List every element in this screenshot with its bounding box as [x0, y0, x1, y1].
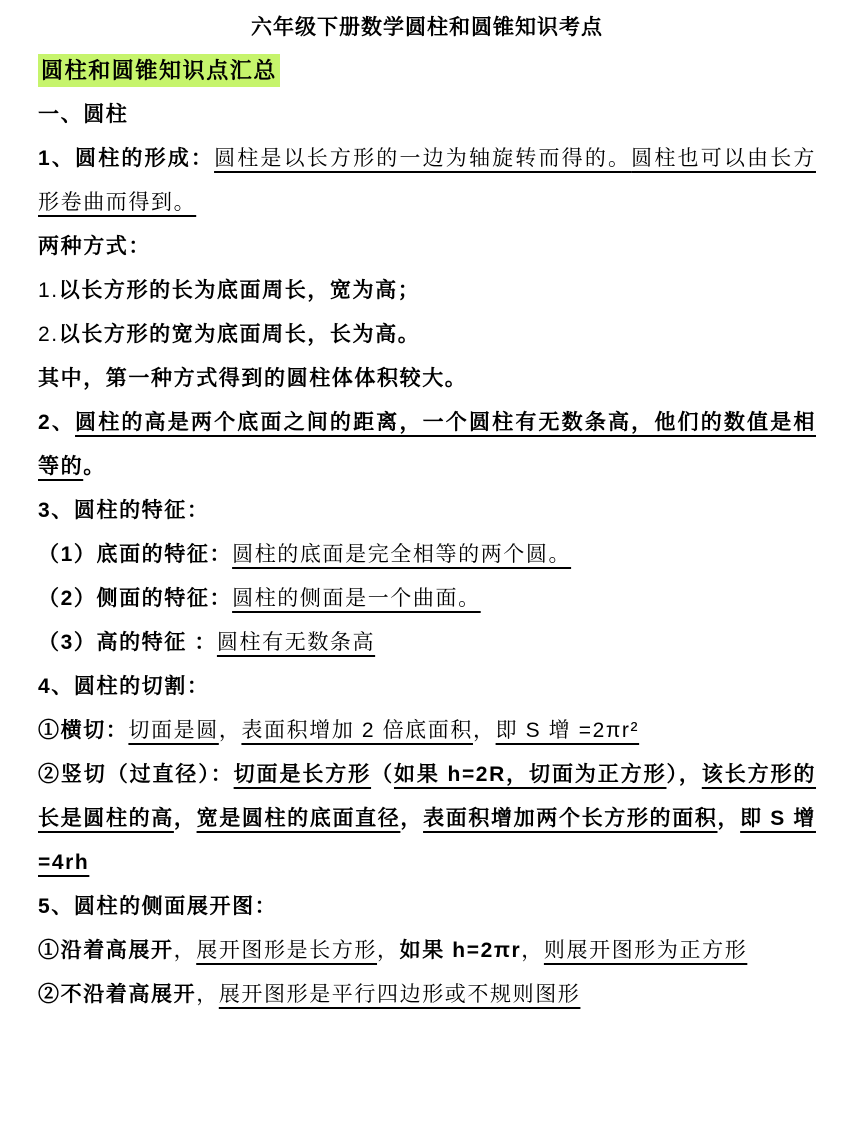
text-run: 2、 [38, 411, 75, 434]
text-run: 切面是长方形 [234, 763, 371, 786]
para-way-2: 2.以长方形的宽为底面周长，长为高。 [38, 313, 816, 357]
document-body: 圆柱和圆锥知识点汇总一、圆柱1、圆柱的形成：圆柱是以长方形的一边为轴旋转而得的。… [38, 49, 816, 1017]
text-run: ， [174, 807, 197, 830]
para-unfold-not-along-height: ②不沿着高展开，展开图形是平行四边形或不规则图形 [38, 973, 816, 1017]
text-run: 即 S 增 =2πr² [496, 719, 640, 742]
para-way-1: 1.以长方形的长为底面周长，宽为高； [38, 269, 816, 313]
text-run: ②不沿着高展开 [38, 983, 196, 1006]
text-run: 圆柱的底面是完全相等的两个圆。 [232, 543, 571, 566]
text-run: 1. [38, 279, 59, 302]
heading-cylinder-cutting: 4、圆柱的切割： [38, 665, 816, 709]
text-run: 。 [83, 455, 106, 478]
text-run: 两种方式： [38, 235, 151, 258]
para-comparison: 其中，第一种方式得到的圆柱体体积较大。 [38, 357, 816, 401]
text-run: ， [196, 983, 219, 1006]
text-run: ①横切： [38, 719, 128, 742]
text-run: 如果 h=2R，切面为正方形 [394, 763, 667, 786]
text-run: 2. [38, 323, 59, 346]
text-run: 则展开图形为正方形 [544, 939, 747, 962]
para-feature-base: （1）底面的特征：圆柱的底面是完全相等的两个圆。 [38, 533, 816, 577]
text-run: 4、圆柱的切割： [38, 675, 209, 698]
text-run: ， [400, 807, 423, 830]
text-run: 圆柱的侧面是一个曲面。 [232, 587, 481, 610]
text-run: 宽是圆柱的底面直径 [197, 807, 401, 830]
text-run: ， [219, 719, 242, 742]
para-feature-height: （3）高的特征 ：圆柱有无数条高 [38, 621, 816, 665]
text-run: 展开图形是长方形 [196, 939, 377, 962]
text-run: （2）侧面的特征： [38, 587, 232, 610]
text-run: ）， [666, 763, 701, 786]
text-run: 展开图形是平行四边形或不规则图形 [219, 983, 581, 1006]
text-run: ， [473, 719, 496, 742]
heading-cylinder-features: 3、圆柱的特征： [38, 489, 816, 533]
text-run: （ [371, 763, 394, 786]
text-run: （1）底面的特征： [38, 543, 232, 566]
para-cylinder-height: 2、圆柱的高是两个底面之间的距离，一个圆柱有无数条高，他们的数值是相等的。 [38, 401, 816, 489]
text-run: ， [718, 807, 741, 830]
text-run: 5、圆柱的侧面展开图： [38, 895, 277, 918]
text-run: 表面积增加 2 倍底面积 [241, 719, 473, 742]
text-run: ①沿着高展开 [38, 939, 174, 962]
text-run: 以长方形的长为底面周长，宽为高； [59, 279, 421, 302]
text-run: ， [174, 939, 197, 962]
text-run: 一、圆柱 [38, 103, 128, 126]
para-cut-horizontal: ①横切：切面是圆，表面积增加 2 倍底面积，即 S 增 =2πr² [38, 709, 816, 753]
text-run: 圆柱是以长方形的一边为轴旋转而得的。 [214, 147, 631, 170]
para-two-ways-label: 两种方式： [38, 225, 816, 269]
text-run: 切面是圆 [128, 719, 218, 742]
para-cylinder-formation: 1、圆柱的形成：圆柱是以长方形的一边为轴旋转而得的。圆柱也可以由长方形卷曲而得到… [38, 137, 816, 225]
heading-side-unfold: 5、圆柱的侧面展开图： [38, 885, 816, 929]
text-run: ， [377, 939, 400, 962]
text-run: 1、圆柱的形成： [38, 147, 214, 170]
text-run: 如果 h=2πr [400, 939, 522, 962]
text-run: ， [521, 939, 544, 962]
text-run: 圆柱有无数条高 [217, 631, 375, 654]
text-run: 其中，第一种方式得到的圆柱体体积较大。 [38, 367, 467, 390]
text-run: 表面积增加两个长方形的面积 [423, 807, 717, 830]
text-run: 3、圆柱的特征： [38, 499, 209, 522]
text-run: （3）高的特征 ： [38, 631, 217, 654]
para-unfold-along-height: ①沿着高展开，展开图形是长方形，如果 h=2πr，则展开图形为正方形 [38, 929, 816, 973]
heading-section-cylinder: 一、圆柱 [38, 93, 816, 137]
heading-summary: 圆柱和圆锥知识点汇总 [38, 49, 816, 93]
text-run: 圆柱和圆锥知识点汇总 [38, 54, 280, 87]
text-run: 圆柱的高是两个底面之间的距离，一个圆柱有无数条高，他们的数值是相等的 [38, 411, 816, 478]
text-run: 以长方形的宽为底面周长，长为高。 [59, 323, 421, 346]
page-title: 六年级下册数学圆柱和圆锥知识考点 [38, 8, 816, 48]
text-run: ②竖切（过直径）： [38, 763, 234, 786]
para-cut-vertical: ②竖切（过直径）：切面是长方形（如果 h=2R，切面为正方形），该长方形的长是圆… [38, 753, 816, 885]
para-feature-side: （2）侧面的特征：圆柱的侧面是一个曲面。 [38, 577, 816, 621]
document-page: 六年级下册数学圆柱和圆锥知识考点 圆柱和圆锥知识点汇总一、圆柱1、圆柱的形成：圆… [0, 0, 850, 1017]
